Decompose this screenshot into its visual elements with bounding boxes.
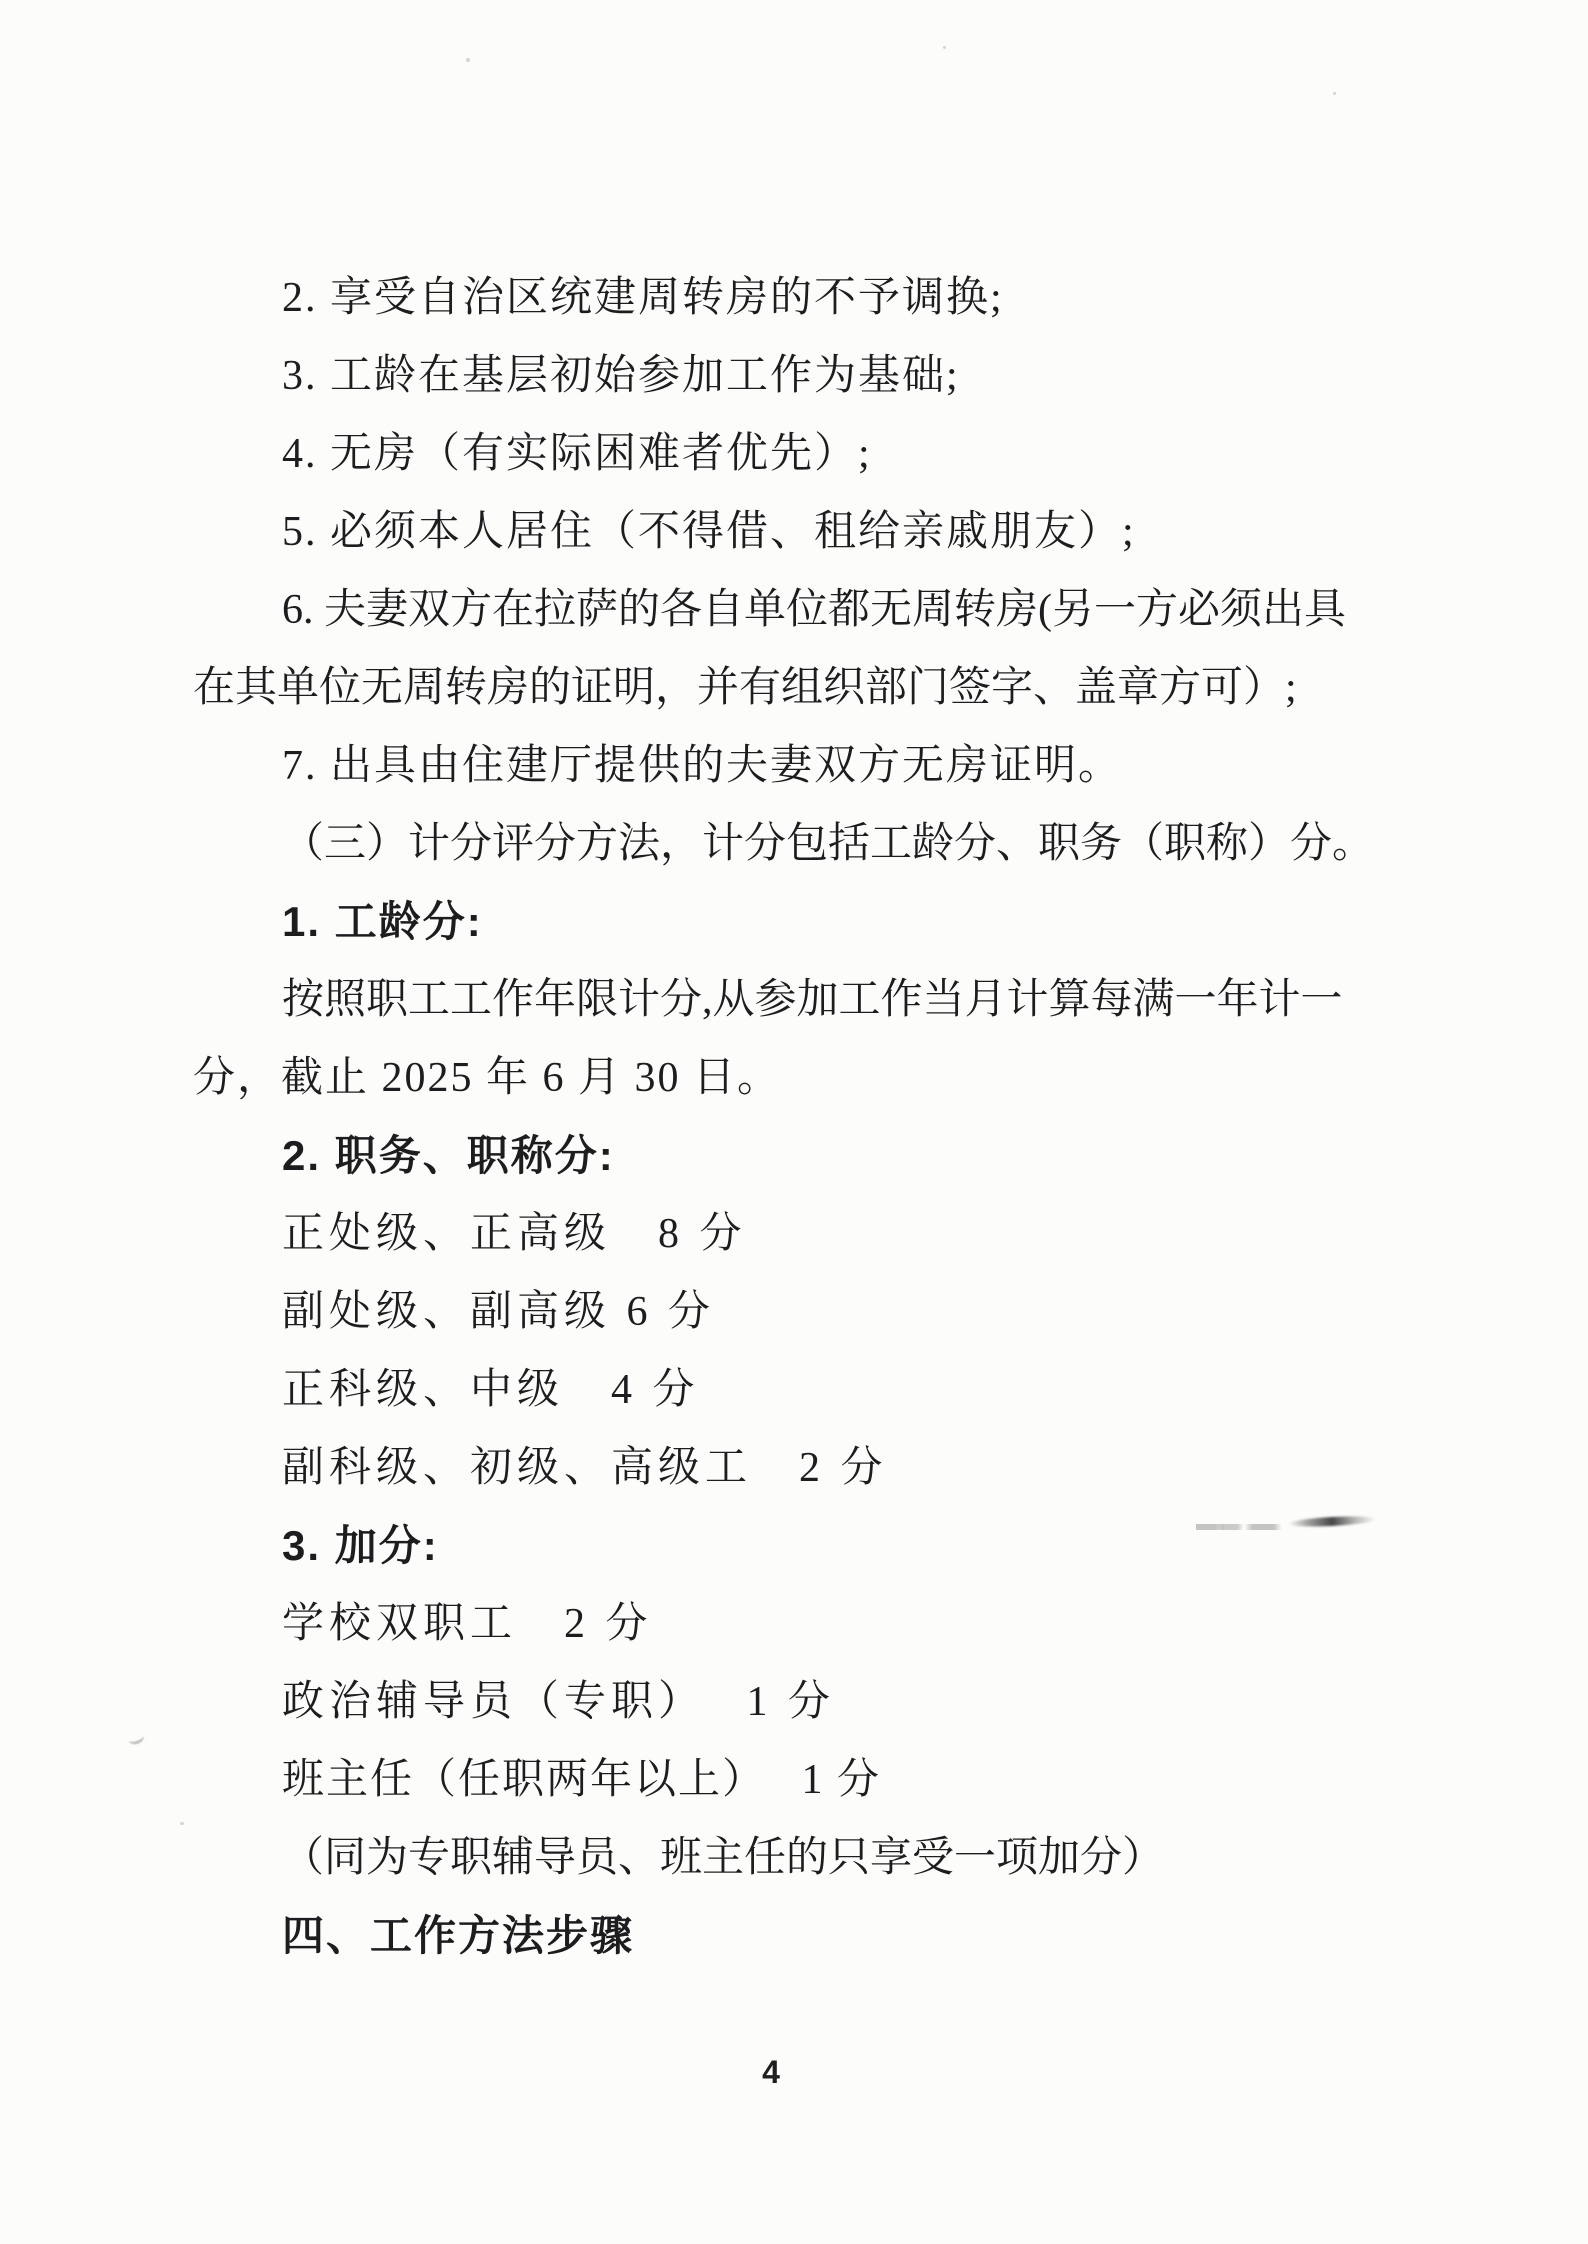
score-item-deputy-division: 副处级、副高级 6 分 [193,1273,1433,1351]
section-scoring-method: （三）计分评分方法，计分包括工龄分、职务（职称）分。 [193,805,1433,883]
scan-speck [1333,92,1336,95]
score-item-division-chief: 正处级、正高级 8 分 [193,1195,1433,1273]
condition-item-6-line-2: 在其单位无周转房的证明，并有组织部门签字、盖章方可）; [193,649,1433,727]
bonus-item-class-teacher: 班主任（任职两年以上） 1 分 [193,1741,1433,1819]
scanned-document-page: 2. 享受自治区统建周转房的不予调换; 3. 工龄在基层初始参加工作为基础; 4… [0,0,1588,2244]
scan-speck [466,58,470,62]
heading-section-4-work-method: 四、工作方法步骤 [193,1897,1433,1975]
page-number: 4 [741,2042,801,2102]
condition-item-3: 3. 工龄在基层初始参加工作为基础; [193,337,1433,415]
scan-speck [943,46,946,49]
heading-bonus-points: 3. 加分: [193,1507,1433,1585]
condition-item-5: 5. 必须本人居住（不得借、租给亲戚朋友）; [193,493,1433,571]
heading-position-title-score: 2. 职务、职称分: [193,1117,1433,1195]
bonus-note: （同为专职辅导员、班主任的只享受一项加分） [193,1819,1433,1897]
seniority-score-rule-line-1: 按照职工工作年限计分,从参加工作当月计算每满一年计一 [193,961,1433,1039]
heading-seniority-score: 1. 工龄分: [193,883,1433,961]
condition-item-7: 7. 出具由住建厅提供的夫妻双方无房证明。 [193,727,1433,805]
scan-speck [180,1822,184,1825]
pencil-smudge-dots [1196,1524,1282,1530]
score-item-section-chief: 正科级、中级 4 分 [193,1351,1433,1429]
pencil-mark-artifact [127,1730,146,1746]
bonus-item-political-counselor: 政治辅导员（专职） 1 分 [193,1663,1433,1741]
condition-item-6-line-1: 6. 夫妻双方在拉萨的各自单位都无周转房(另一方必须出具 [193,571,1433,649]
bonus-item-double-staff: 学校双职工 2 分 [193,1585,1433,1663]
condition-item-2: 2. 享受自治区统建周转房的不予调换; [193,259,1433,337]
condition-item-4: 4. 无房（有实际困难者优先）; [193,415,1433,493]
seniority-score-rule-line-2: 分，截止 2025 年 6 月 30 日。 [193,1039,1433,1117]
document-body: 2. 享受自治区统建周转房的不予调换; 3. 工龄在基层初始参加工作为基础; 4… [193,259,1433,1975]
score-item-deputy-section: 副科级、初级、高级工 2 分 [193,1429,1433,1507]
